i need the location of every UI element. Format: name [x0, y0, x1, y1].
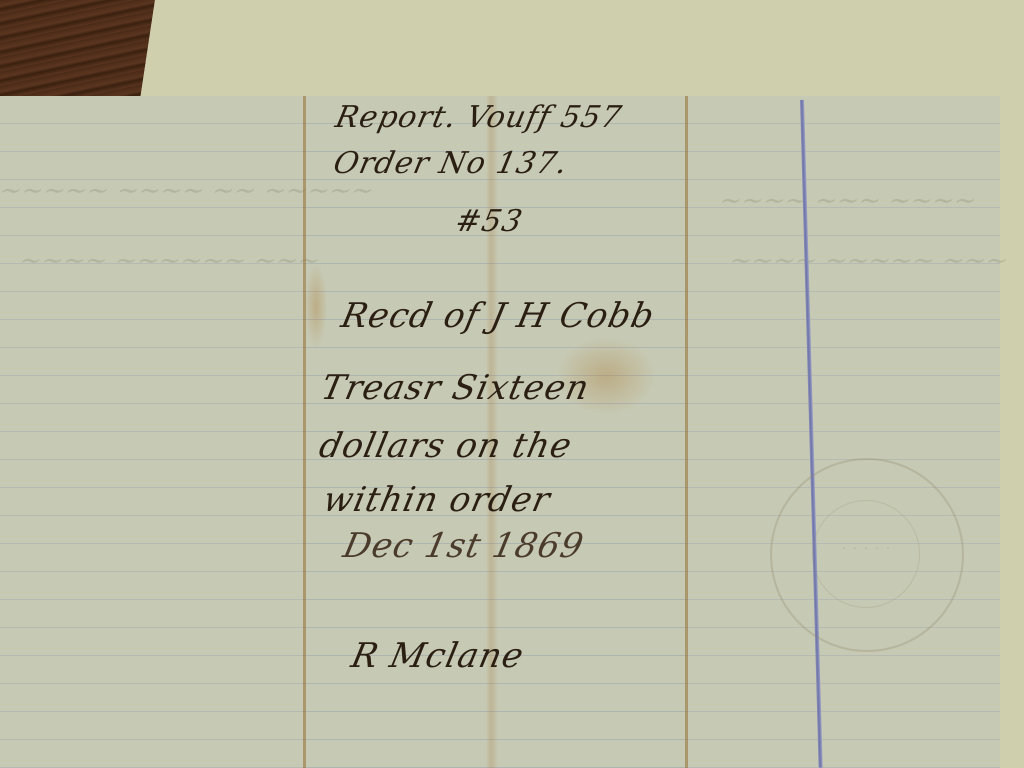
received-of-line: Recd of J H Cobb	[338, 296, 659, 336]
bleed-through-writing: ~~~~ ~~~ ~~~~	[715, 186, 981, 216]
seal-text: · · · · ·	[772, 542, 962, 555]
bleed-through-writing: ~~~~ ~~~~~ ~~~	[725, 246, 1013, 276]
signature: R Mclane	[348, 636, 528, 676]
date-line: Dec 1st 1869	[340, 526, 588, 566]
receipt-slip: Report. Vouff 557 Order No 137. #53 Recd…	[303, 96, 688, 768]
wooden-desk-surface	[0, 0, 160, 100]
embossed-seal-stamp: · · · · ·	[770, 458, 964, 652]
item-number-line: #53	[452, 204, 526, 239]
bleed-through-writing: ~~~~ ~~~~~~ ~~~	[15, 246, 324, 276]
within-order-line: within order	[320, 480, 554, 520]
report-voucher-line: Report. Vouff 557	[332, 100, 625, 135]
order-number-line: Order No 137.	[330, 146, 571, 181]
dollars-line: dollars on the	[316, 426, 576, 466]
treasurer-amount-line: Treasr Sixteen	[318, 368, 593, 408]
